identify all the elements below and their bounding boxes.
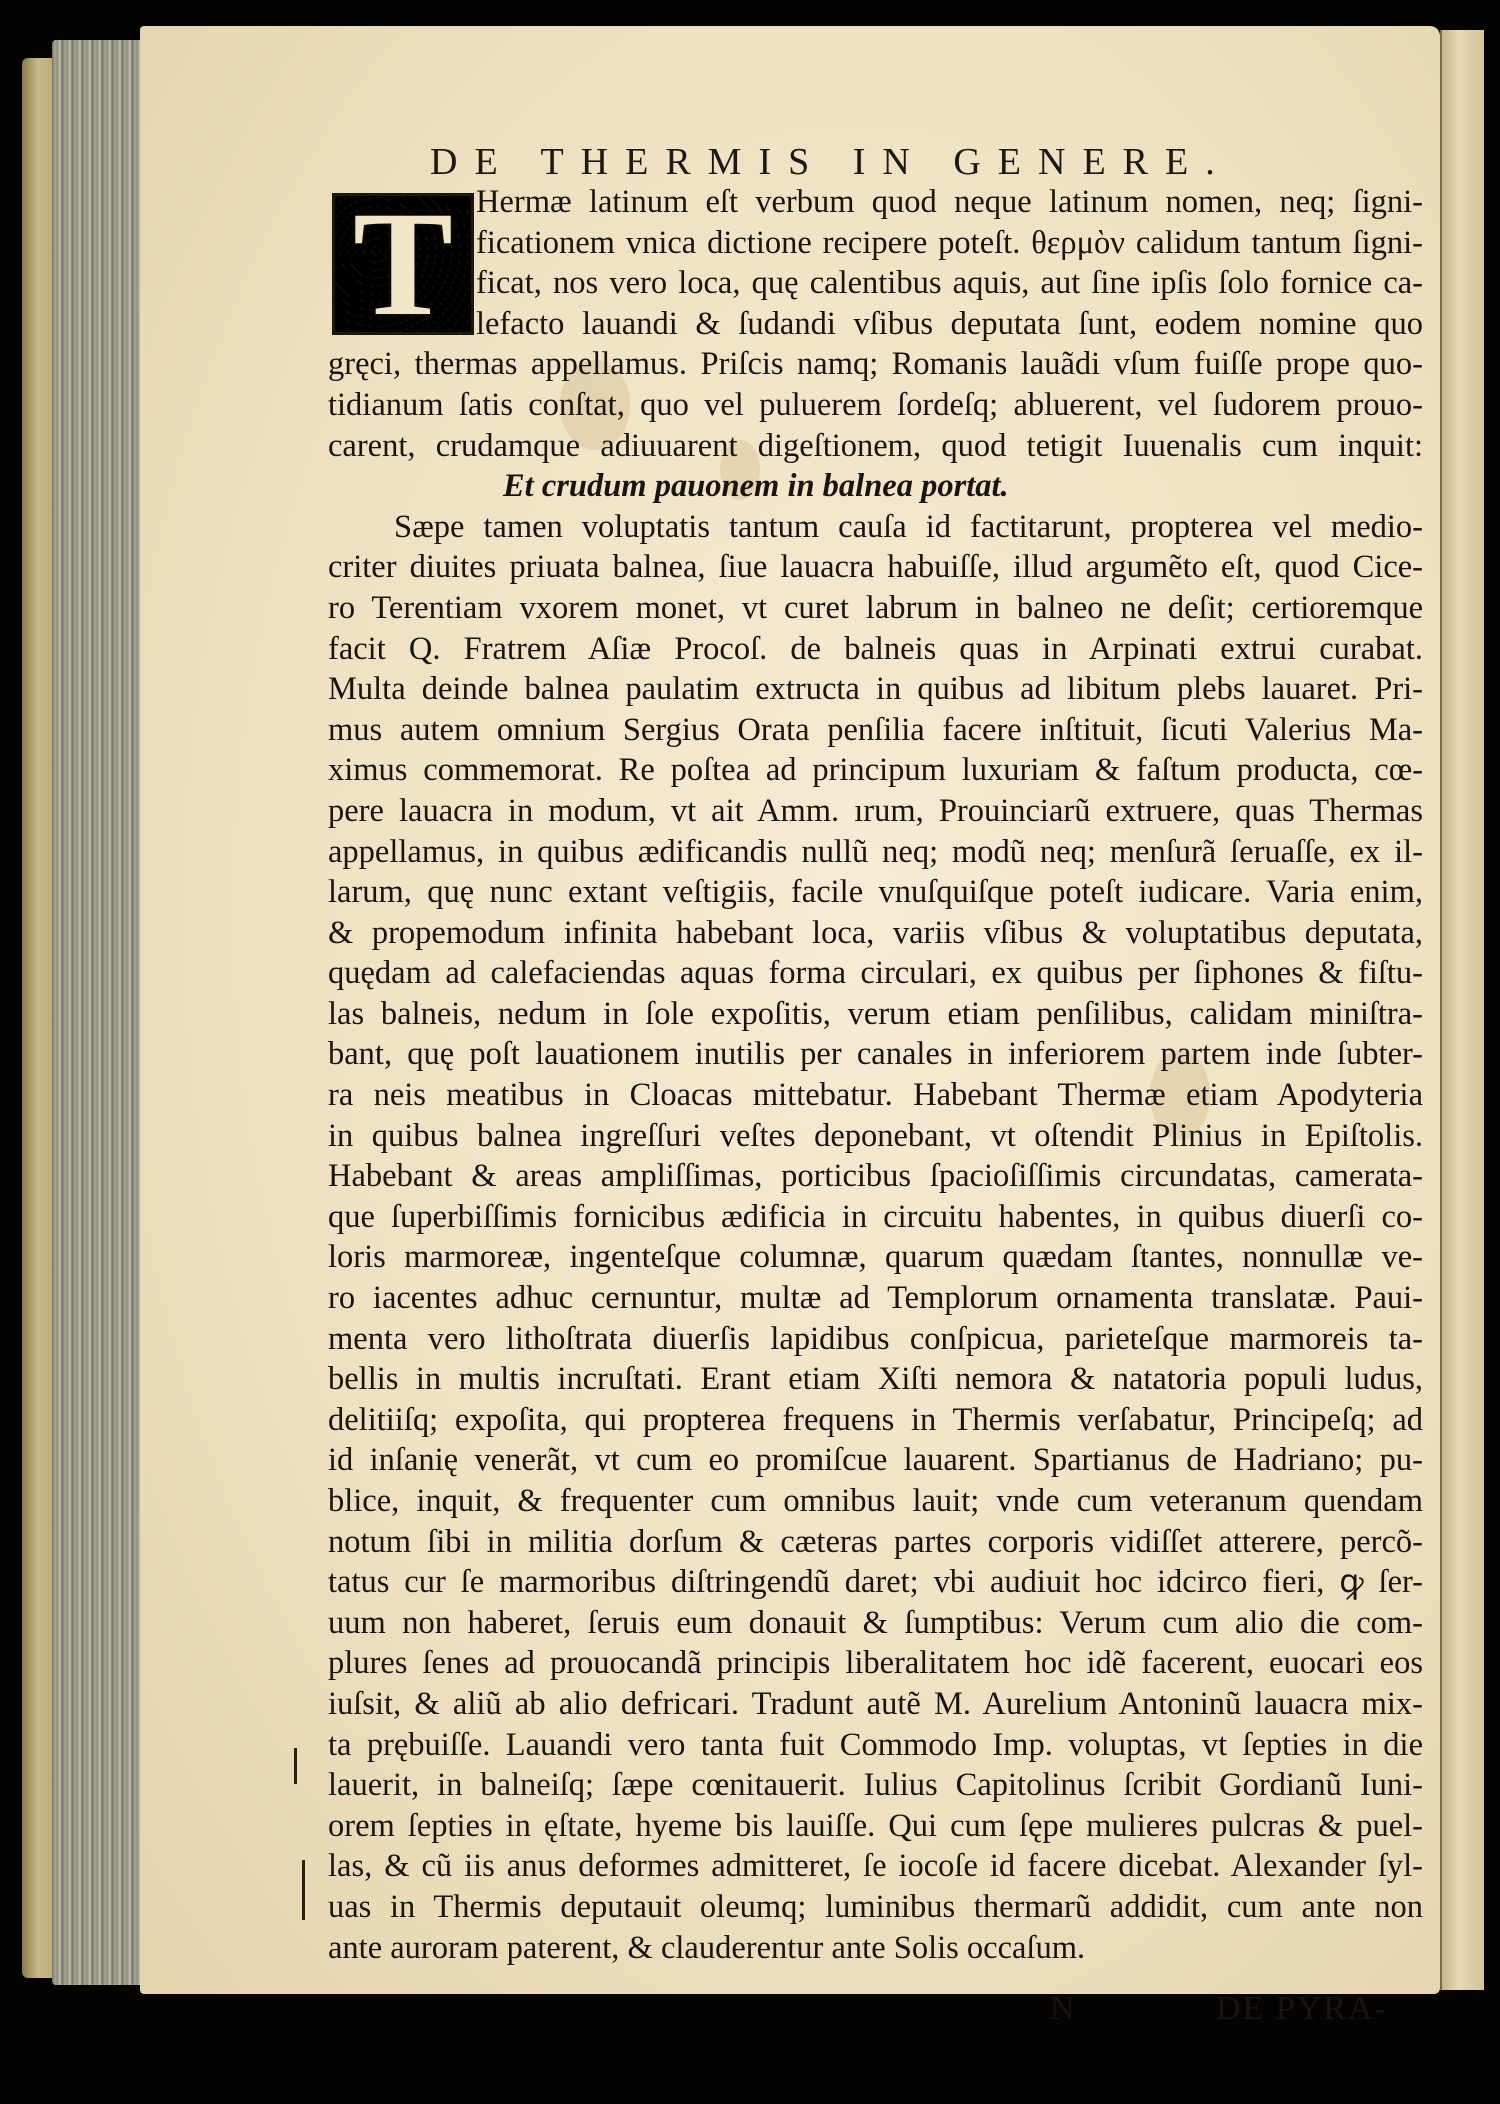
text-line: uum non haberet, ſeruis eum donauit & ſu… xyxy=(328,1603,1423,1644)
text-line: bant, quę poſt lauationem inutilis per c… xyxy=(328,1034,1423,1075)
text-line: plures ſenes ad prouocandã principis lib… xyxy=(328,1643,1423,1684)
text-line: Habebant & areas ampliſſimas, porticibus… xyxy=(328,1156,1423,1197)
text-line: lefacto lauandi & ſudandi vſibus deputat… xyxy=(328,304,1423,345)
text-line: ficat, nos vero loca, quę calentibus aqu… xyxy=(328,263,1423,304)
text-line: uas in Thermis deputauit oleumq; luminib… xyxy=(328,1887,1423,1928)
text-line: gręci, thermas appellamus. Priſcis namq;… xyxy=(328,344,1423,385)
text-line: delitiiſq; expoſita, qui propterea frequ… xyxy=(328,1400,1423,1441)
text-line: id inſanię venerãt, vt cum eo promiſcue … xyxy=(328,1440,1423,1481)
text-line: appellamus, in quibus ædificandis nullũ … xyxy=(328,832,1423,873)
text-line: ante auroram paterent, & clauderentur an… xyxy=(328,1928,1423,1969)
catchword: DE PYRA- xyxy=(1216,1990,1388,2028)
text-line: Multa deinde balnea paulatim extructa in… xyxy=(328,669,1423,710)
text-line: notum ſibi in militia dorſum & cæteras p… xyxy=(328,1522,1423,1563)
text-line: quędam ad calefaciendas aquas forma circ… xyxy=(328,953,1423,994)
text-line: in quibus balnea ingreſſuri veſtes depon… xyxy=(328,1116,1423,1157)
text-line: ximus commemorat. Re poſtea ad principum… xyxy=(328,750,1423,791)
text-line: ra neis meatibus in Cloacas mittebatur. … xyxy=(328,1075,1423,1116)
text-line: ro iacentes adhuc cernuntur, multæ ad Te… xyxy=(328,1278,1423,1319)
text-line: pere lauacra in modum, vt ait Amm. ırum,… xyxy=(328,791,1423,832)
text-line: menta vero lithoſtrata diuerſis lapidibu… xyxy=(328,1319,1423,1360)
running-head: DE THERMIS IN GENERE. xyxy=(430,140,1330,184)
text-line: Sæpe tamen voluptatis tantum cauſa id fa… xyxy=(328,507,1423,548)
verse-quotation: Et crudum pauonem in balnea portat. xyxy=(328,466,1423,507)
signature-mark: N xyxy=(1050,1990,1075,2028)
text-line: ficationem vnica dictione recipere poteſ… xyxy=(328,223,1423,264)
text-line: lauerit, in balneiſq; ſæpe cœnitauerit. … xyxy=(328,1765,1423,1806)
book-scan: DE THERMIS IN GENERE. T Hermæ latinum eſ… xyxy=(0,0,1500,2104)
text-line: & propemodum infinita habebant loca, var… xyxy=(328,913,1423,954)
facing-page-edge xyxy=(1440,30,1484,1990)
page-stack-edges xyxy=(52,40,147,1985)
text-line: mus autem omnium Sergius Orata penſilia … xyxy=(328,710,1423,751)
marginal-annotation-mark xyxy=(302,1860,305,1920)
text-line: que ſuperbiſſimis fornicibus ædificia in… xyxy=(328,1197,1423,1238)
text-line: ta prębuiſſe. Lauandi vero tanta fuit Co… xyxy=(328,1725,1423,1766)
text-line: orem ſepties in ęſtate, hyeme bis lauiſſ… xyxy=(328,1806,1423,1847)
text-line: facit Q. Fratrem Aſiæ Procoſ. de balneis… xyxy=(328,629,1423,670)
text-line: tatus cur ſe marmoribus diſtringendũ dar… xyxy=(328,1562,1423,1603)
text-line: larum, quę nunc extant veſtigiis, facile… xyxy=(328,872,1423,913)
text-line: Hermæ latinum eſt verbum quod neque lati… xyxy=(328,182,1423,223)
marginal-annotation-mark xyxy=(294,1748,297,1784)
text-line: bellis in multis incruſtati. Erant etiam… xyxy=(328,1359,1423,1400)
body-text: Hermæ latinum eſt verbum quod neque lati… xyxy=(328,182,1423,1968)
text-line: ro Terentiam vxorem monet, vt curet labr… xyxy=(328,588,1423,629)
text-line: loris marmoreæ, ingenteſque columnæ, qua… xyxy=(328,1237,1423,1278)
text-line: tidianum ſatis conſtat, quo vel puluerem… xyxy=(328,385,1423,426)
text-line: carent, crudamque adiuuarent digeſtionem… xyxy=(328,426,1423,467)
text-line: iuſsit, & aliũ ab alio defricari. Tradun… xyxy=(328,1684,1423,1725)
text-line: blice, inquit, & frequenter cum omnibus … xyxy=(328,1481,1423,1522)
text-line: criter diuites priuata balnea, ſiue laua… xyxy=(328,547,1423,588)
text-line: las, & cũ iis anus deformes admitteret, … xyxy=(328,1846,1423,1887)
text-line: las balneis, nedum in ſole expoſitis, ve… xyxy=(328,994,1423,1035)
